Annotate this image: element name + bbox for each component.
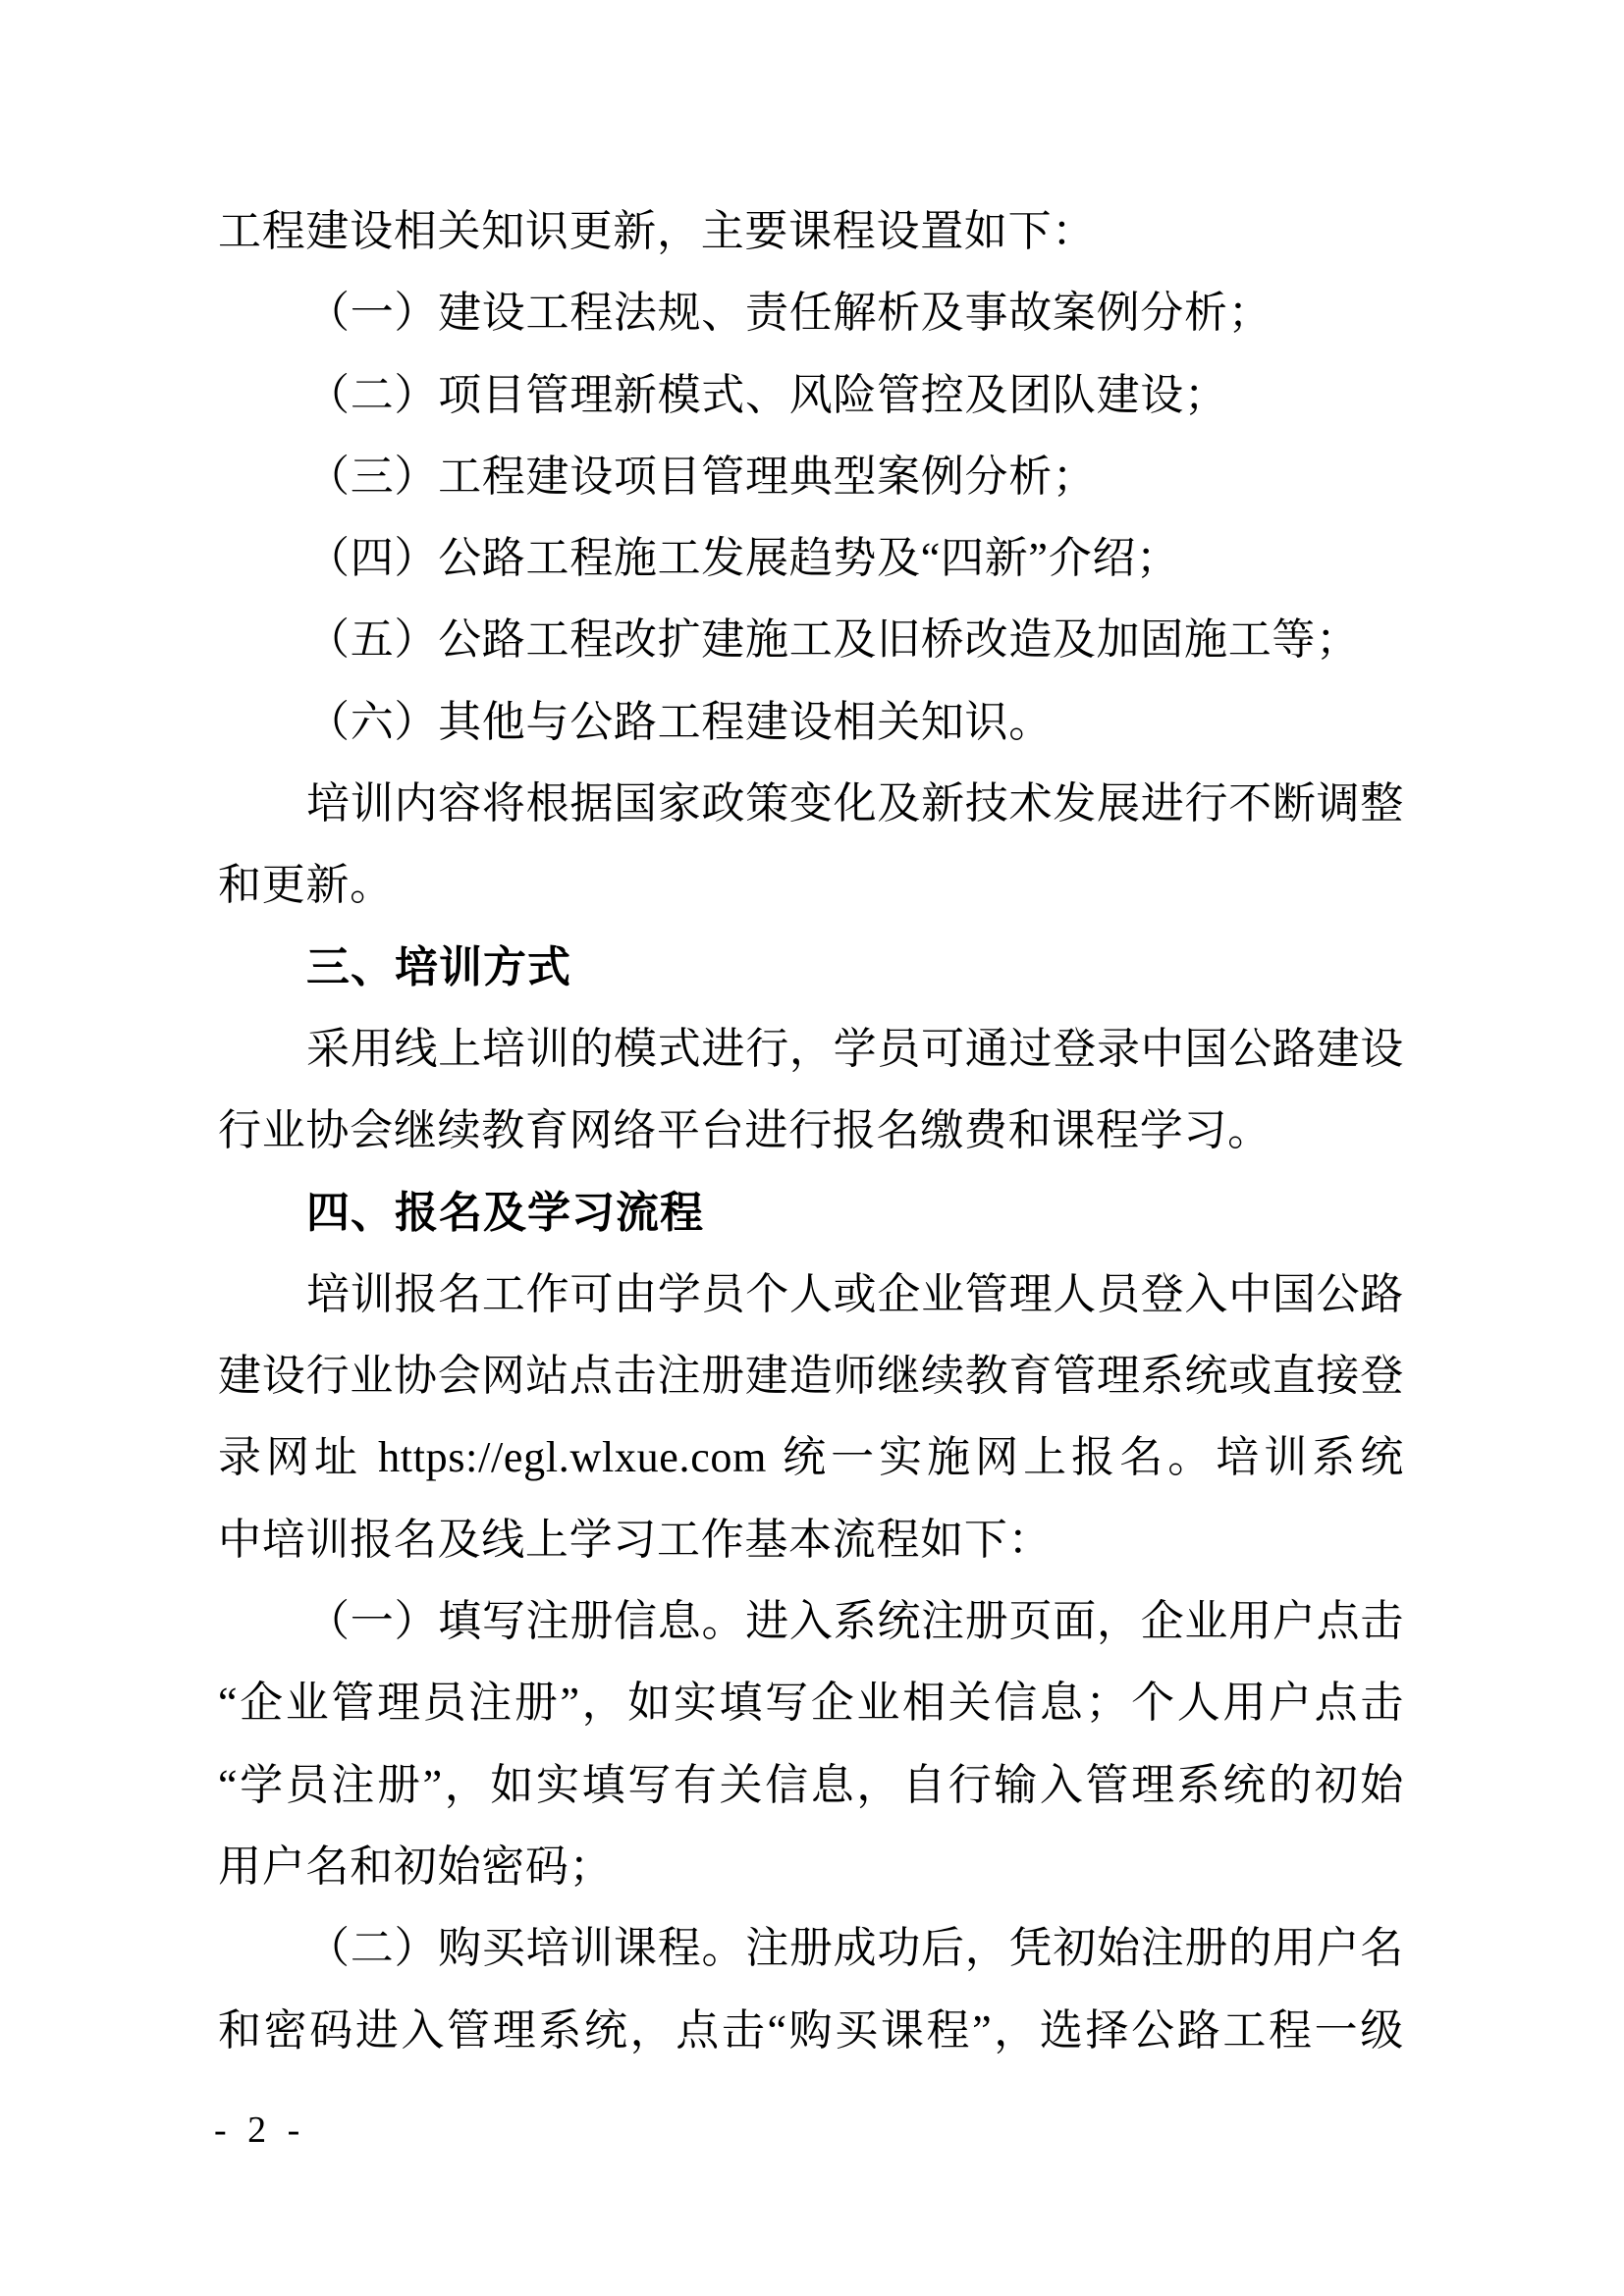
text-line: （二）项目管理新模式、风险管控及团队建设； xyxy=(218,354,1404,436)
text-line: 和密码进入管理系统，点击“购买课程”，选择公路工程一级 xyxy=(218,1990,1404,2071)
text-line: “企业管理员注册”，如实填写企业相关信息；个人用户点击 xyxy=(218,1662,1404,1743)
document-body: 工程建设相关知识更新，主要课程设置如下：（一）建设工程法规、责任解析及事故案例分… xyxy=(218,190,1404,2071)
section-heading: 四、报名及学习流程 xyxy=(218,1172,1404,1254)
text-line: （一）建设工程法规、责任解析及事故案例分析； xyxy=(218,272,1404,353)
text-line: （六）其他与公路工程建设相关知识。 xyxy=(218,681,1404,763)
text-line: （四）公路工程施工发展趋势及“四新”介绍； xyxy=(218,517,1404,599)
text-line: （五）公路工程改扩建施工及旧桥改造及加固施工等； xyxy=(218,599,1404,680)
text-line: 行业协会继续教育网络平台进行报名缴费和课程学习。 xyxy=(218,1090,1404,1171)
text-line: （一）填写注册信息。进入系统注册页面，企业用户点击 xyxy=(218,1580,1404,1662)
section-heading: 三、培训方式 xyxy=(218,927,1404,1008)
text-line: 录网址 https://egl.wlxue.com 统一实施网上报名。培训系统 xyxy=(218,1416,1404,1498)
text-line: 培训内容将根据国家政策变化及新技术发展进行不断调整 xyxy=(218,763,1404,844)
text-line: 中培训报名及线上学习工作基本流程如下： xyxy=(218,1499,1404,1580)
text-line: （三）工程建设项目管理典型案例分析； xyxy=(218,436,1404,517)
text-line: “学员注册”，如实填写有关信息，自行输入管理系统的初始 xyxy=(218,1744,1404,1826)
text-line: 用户名和初始密码； xyxy=(218,1826,1404,1907)
text-line: 采用线上培训的模式进行，学员可通过登录中国公路建设 xyxy=(218,1008,1404,1090)
document-page: 工程建设相关知识更新，主要课程设置如下：（一）建设工程法规、责任解析及事故案例分… xyxy=(0,0,1624,2296)
text-line: （二）购买培训课程。注册成功后，凭初始注册的用户名 xyxy=(218,1907,1404,1989)
text-line: 培训报名工作可由学员个人或企业管理人员登入中国公路 xyxy=(218,1254,1404,1335)
page-number: - 2 - xyxy=(214,2110,305,2150)
text-line: 建设行业协会网站点击注册建造师继续教育管理系统或直接登 xyxy=(218,1335,1404,1416)
text-line: 和更新。 xyxy=(218,844,1404,926)
text-line: 工程建设相关知识更新，主要课程设置如下： xyxy=(218,190,1404,272)
